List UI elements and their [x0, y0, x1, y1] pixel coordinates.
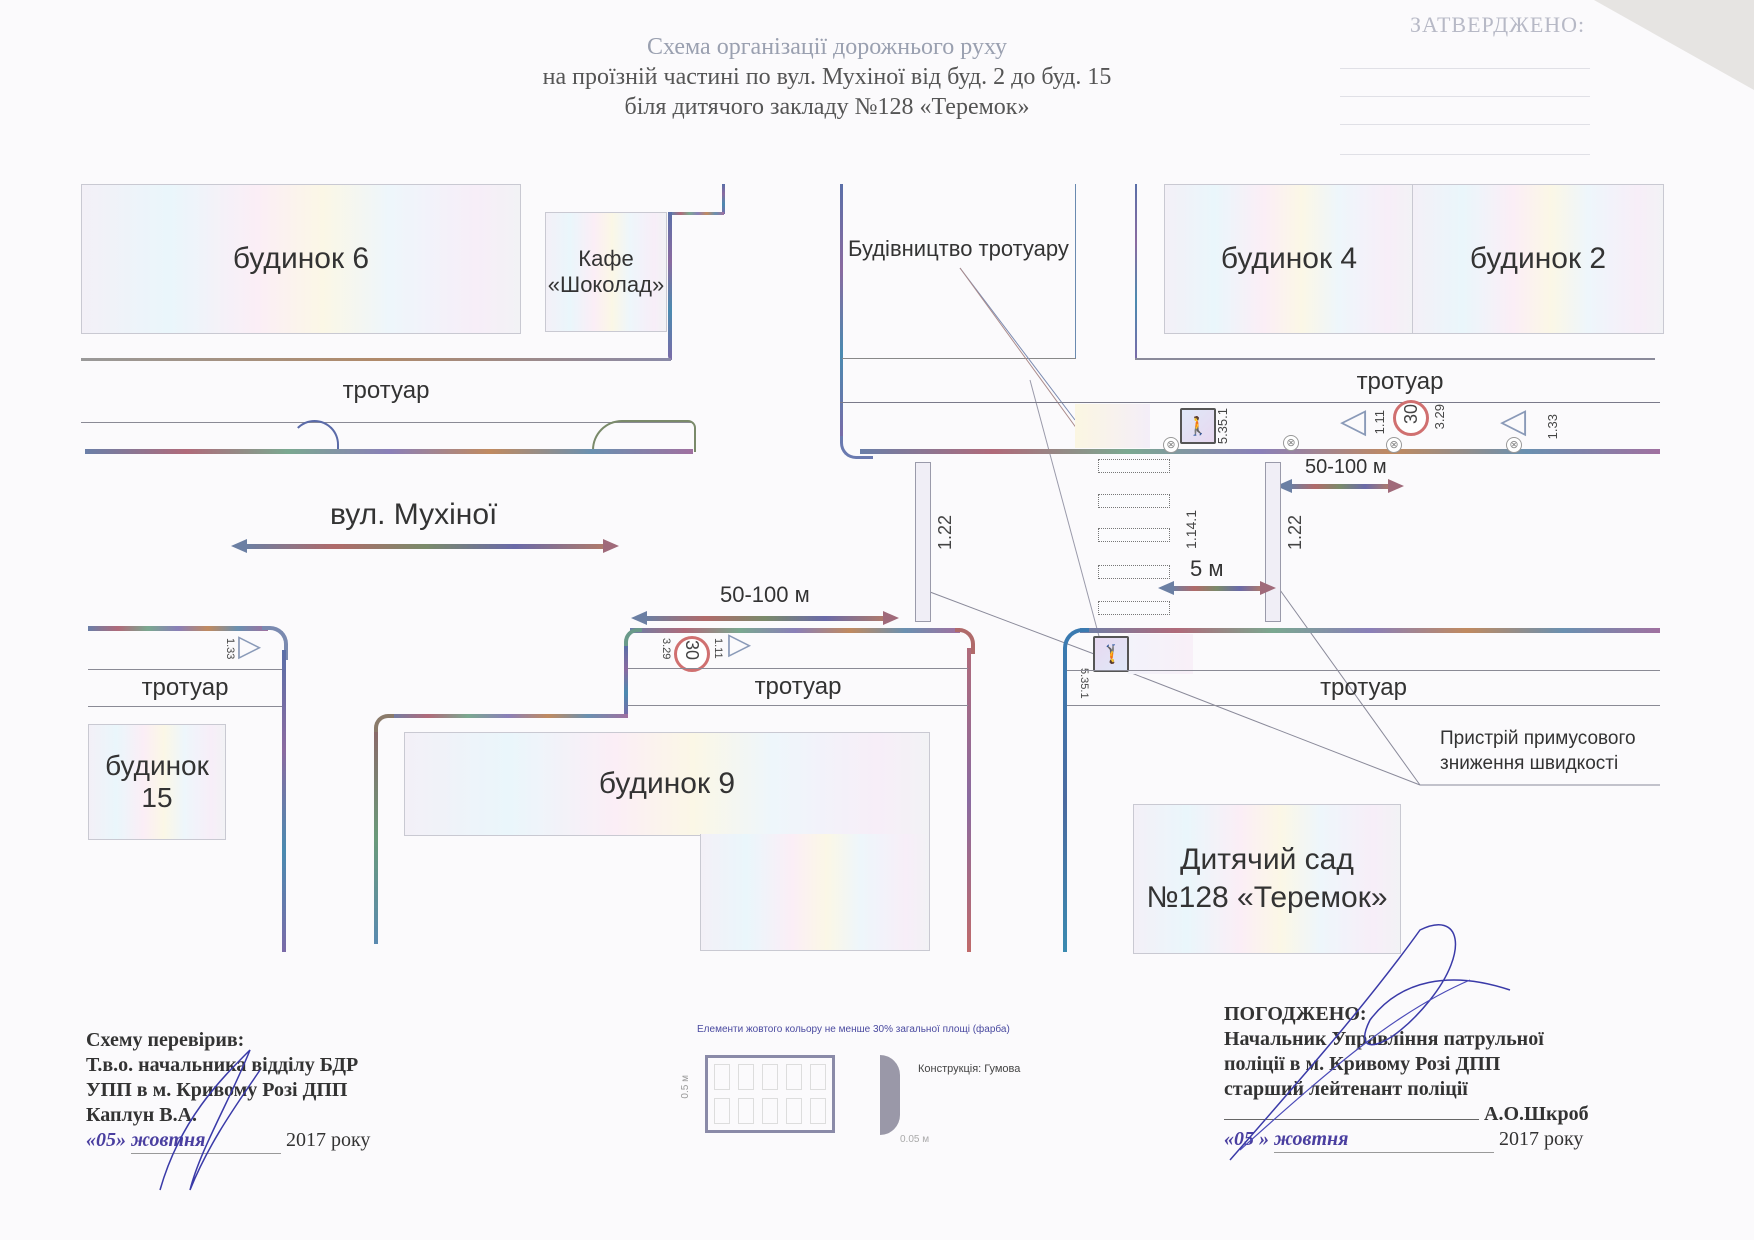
pedestrian-crossing-sign-icon: 🚶	[1093, 636, 1129, 672]
speed-hump-left	[915, 462, 931, 622]
lamp-icon: ⊗	[1163, 437, 1179, 453]
raised-crossing-area	[1075, 404, 1150, 448]
building-9: будинок 9	[404, 732, 930, 836]
hump-code: 1.22	[1285, 515, 1306, 550]
distance-arrow	[645, 616, 885, 621]
distance-label-crossing: 5 м	[1190, 556, 1223, 582]
curb-road-edge	[860, 449, 1660, 454]
crosswalk-stripe	[1098, 459, 1170, 473]
lamp-icon: ⊗	[1283, 435, 1299, 451]
curb-road-edge	[88, 626, 268, 631]
speed-device-label: Пристрій примусового зниження швидкості	[1440, 726, 1636, 776]
legend-height-dim: 0.5 м	[680, 1075, 691, 1099]
signature-agreed	[1220, 910, 1520, 1170]
building-15: будинок 15	[88, 724, 226, 840]
building-4: будинок 4	[1164, 184, 1414, 334]
sidewalk-bottom-center: тротуар	[628, 668, 968, 706]
bump-profile	[880, 1055, 900, 1135]
children-sign-icon: ◁	[1500, 404, 1526, 438]
sign-code: 1.33	[224, 638, 236, 659]
legend-note: Елементи жовтого кольору не менше 30% за…	[697, 1024, 1010, 1035]
street-name: вул. Мухіної	[330, 498, 497, 532]
hump-code: 1.22	[935, 515, 956, 550]
building-9-wing	[700, 834, 930, 951]
legend-construction: Конструкція: Гумова	[918, 1063, 1020, 1075]
curb-road-edge	[1080, 628, 1660, 633]
sign-code: 1.11	[712, 638, 724, 659]
sign-code: 5.35.1	[1215, 408, 1230, 444]
building-2: будинок 2	[1412, 184, 1664, 334]
children-sign-icon: ◁	[238, 632, 261, 666]
curb	[282, 650, 286, 952]
lamp-icon: ⊗	[1506, 437, 1522, 453]
distance-arrow	[1172, 586, 1262, 591]
signature-checked	[150, 1040, 270, 1200]
speed-limit-sign: 30	[674, 636, 710, 672]
speed-bump-diagram	[705, 1055, 835, 1133]
distance-label-top: 50-100 м	[1305, 456, 1387, 479]
sidewalk-top-right: тротуар	[1140, 362, 1660, 403]
sign-code: 1.33	[1545, 414, 1560, 439]
raised-crossing-area	[1128, 634, 1193, 674]
sign-code: 1.11	[1372, 410, 1387, 434]
crosswalk-code: 1.14.1	[1183, 510, 1199, 549]
lamp-icon: ⊗	[1386, 437, 1402, 453]
speed-hump-right	[1265, 462, 1281, 622]
distance-label-bottom: 50-100 м	[720, 582, 810, 608]
sidewalk-bottom-right: тротуар	[1067, 670, 1660, 706]
uneven-road-sign-icon: ◁	[728, 630, 751, 664]
pedestrian-crossing-sign-icon: 🚶	[1180, 408, 1216, 444]
crosswalk-stripe	[1098, 565, 1170, 579]
curb	[374, 732, 378, 944]
sign-code: 3.29	[1432, 404, 1447, 429]
crosswalk-stripe	[1098, 601, 1170, 615]
curb	[1135, 358, 1655, 360]
distance-arrow	[1290, 484, 1390, 489]
crosswalk-stripe	[1098, 494, 1170, 508]
crosswalk-stripe	[1098, 528, 1170, 542]
curb-road-edge	[630, 628, 960, 633]
traffic-direction-arrow	[245, 544, 605, 549]
sidewalk-bottom-left: тротуар	[88, 669, 282, 707]
sign-code: 3.29	[660, 638, 672, 659]
legend-depth-dim: 0.05 м	[900, 1134, 929, 1145]
sidewalk-edge	[840, 402, 1660, 403]
curb	[388, 714, 628, 718]
uneven-road-sign-icon: ◁	[1340, 404, 1366, 438]
curb	[1135, 184, 1137, 360]
speed-limit-sign: 30	[1393, 400, 1429, 436]
